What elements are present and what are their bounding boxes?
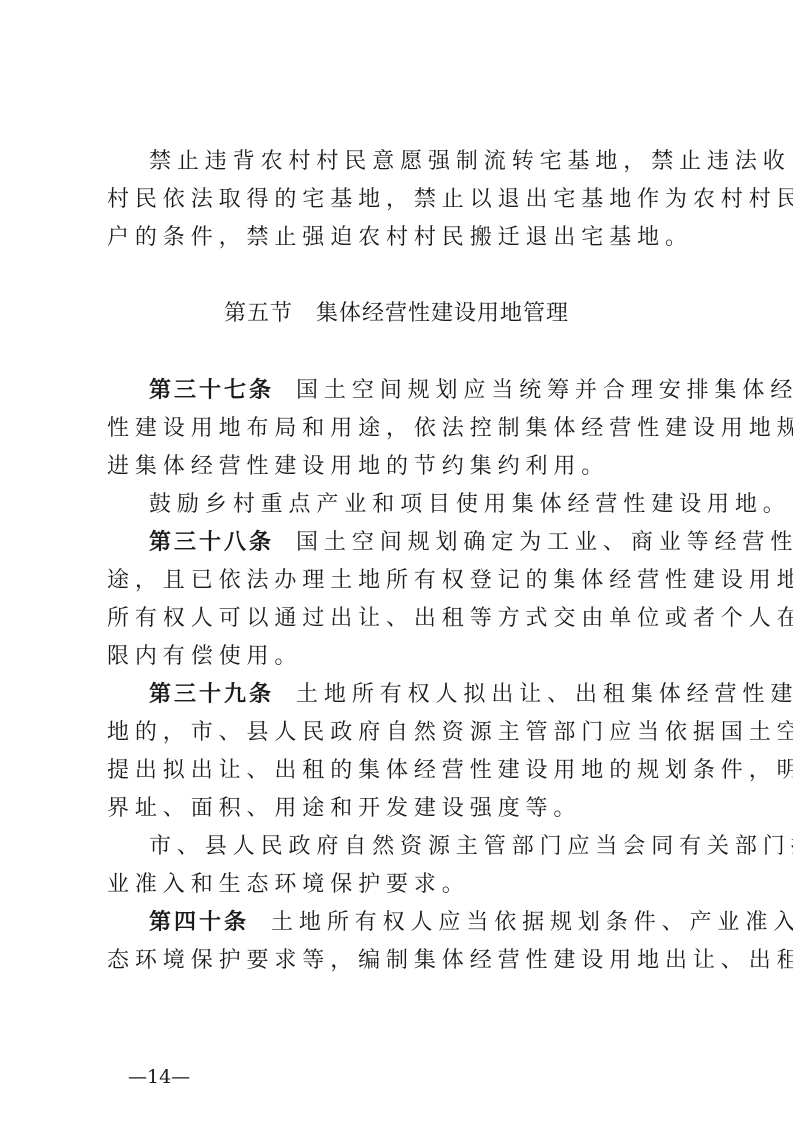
document-page: 禁止违背农村村民意愿强制流转宅基地，禁止违法收回农村 村民依法取得的宅基地，禁止… <box>0 0 793 1122</box>
section-heading: 第五节 集体经营性建设用地管理 <box>0 300 793 328</box>
article-37-first-line: 第三十七条国土空间规划应当统筹并合理安排集体经营 <box>149 377 697 405</box>
article-text: 国土空间规划应当统筹并合理安排集体经营 <box>296 378 793 403</box>
article-40-first-line: 第四十条土地所有权人应当依据规划条件、产业准入和生 <box>149 909 697 937</box>
article-text: 土地所有权人应当依据规划条件、产业准入和生 <box>271 910 793 935</box>
body-line: 性建设用地布局和用途，依法控制集体经营性建设用地规模，促 <box>107 415 697 443</box>
body-line: 界址、面积、用途和开发建设强度等。 <box>107 795 697 823</box>
body-line: 业准入和生态环境保护要求。 <box>107 871 697 899</box>
body-line: 户的条件，禁止强迫农村村民搬迁退出宅基地。 <box>107 224 697 252</box>
article-label: 第三十七条 <box>149 378 274 403</box>
body-line: 进集体经营性建设用地的节约集约利用。 <box>107 453 697 481</box>
body-line: 市、县人民政府自然资源主管部门应当会同有关部门提出产 <box>149 833 697 861</box>
body-line: 所有权人可以通过出让、出租等方式交由单位或者个人在一定年 <box>107 605 697 633</box>
article-text: 国土空间规划确定为工业、商业等经营性用 <box>296 530 793 555</box>
page-number: —14— <box>128 1066 190 1088</box>
body-line: 村民依法取得的宅基地，禁止以退出宅基地作为农村村民进城落 <box>107 186 697 214</box>
body-line: 态环境保护要求等，编制集体经营性建设用地出让、出租等方案， <box>107 947 697 975</box>
body-line: 提出拟出让、出租的集体经营性建设用地的规划条件，明确土地 <box>107 757 697 785</box>
article-label: 第三十九条 <box>149 682 274 707</box>
article-38-first-line: 第三十八条国土空间规划确定为工业、商业等经营性用 <box>149 529 697 557</box>
article-label: 第三十八条 <box>149 530 274 555</box>
article-label: 第四十条 <box>149 910 249 935</box>
article-39-first-line: 第三十九条土地所有权人拟出让、出租集体经营性建设用 <box>149 681 697 709</box>
body-line: 途，且已依法办理土地所有权登记的集体经营性建设用地，土地 <box>107 567 697 595</box>
body-line: 地的，市、县人民政府自然资源主管部门应当依据国土空间规划 <box>107 719 697 747</box>
body-line: 鼓励乡村重点产业和项目使用集体经营性建设用地。 <box>149 491 697 519</box>
article-text: 土地所有权人拟出让、出租集体经营性建设用 <box>296 682 793 707</box>
body-line: 限内有偿使用。 <box>107 643 697 671</box>
body-line: 禁止违背农村村民意愿强制流转宅基地，禁止违法收回农村 <box>149 148 697 176</box>
